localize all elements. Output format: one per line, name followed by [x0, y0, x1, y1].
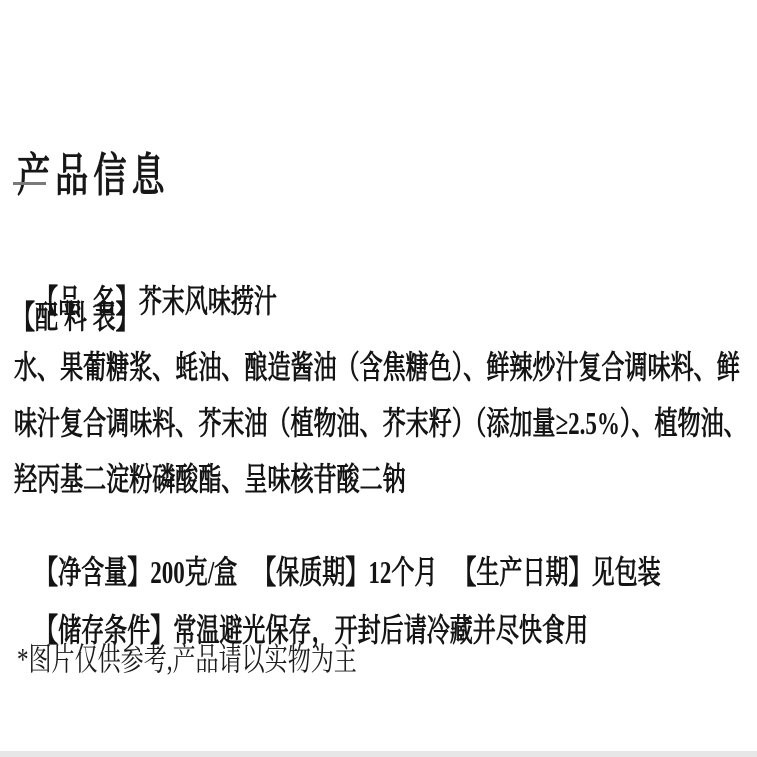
bottom-edge-strip	[0, 751, 757, 757]
title-underline	[13, 182, 46, 185]
ingredients-text: 水、果葡糖浆、蚝油、酿造酱油（含焦糖色）、鲜辣炒汁复合调味料、鲜味汁复合调味料、…	[14, 339, 747, 507]
production-date-value: 见包装	[592, 554, 661, 590]
product-info-page: 产品信息 【品 名】芥末风味捞汁 【配 料 表】 水、果葡糖浆、蚝油、酿造酱油（…	[0, 0, 757, 757]
page-title: 产品信息	[17, 139, 170, 205]
ingredients-label: 【配 料 表】	[12, 300, 139, 335]
product-name-value: 芥末风味捞汁	[139, 283, 277, 319]
disclaimer-note: *图片仅供参考,产品请以实物为主	[17, 642, 357, 677]
